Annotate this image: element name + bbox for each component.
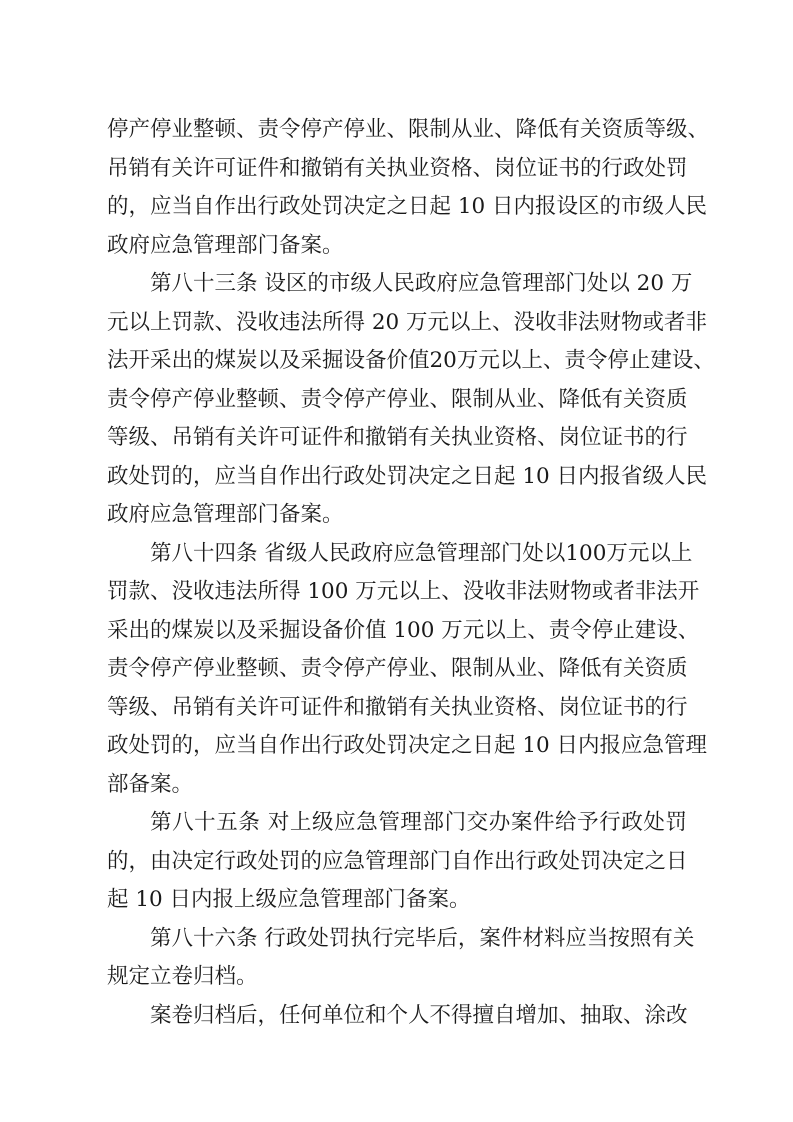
paragraph-article-84: 第八十四条 省级人民政府应急管理部门处以100万元以上 罚款、没收违法所得 10…: [107, 535, 687, 805]
text-line: 案卷归档后，任何单位和个人不得擅自增加、抽取、涂改: [107, 997, 687, 1036]
text-line: 第八十三条 设区的市级人民政府应急管理部门处以 20 万: [107, 265, 687, 304]
text-line: 罚款、没收违法所得 100 万元以上、没收非法财物或者非法开: [107, 573, 687, 612]
text-line: 政处罚的，应当自作出行政处罚决定之日起 10 日内报省级人民: [107, 458, 687, 497]
paragraph-article-83: 第八十三条 设区的市级人民政府应急管理部门处以 20 万 元以上罚款、没收违法所…: [107, 265, 687, 535]
paragraph-continuation: 停产停业整顿、责令停产停业、限制从业、降低有关资质等级、 吊销有关许可证件和撤销…: [107, 111, 687, 265]
text-line: 的，由决定行政处罚的应急管理部门自作出行政处罚决定之日: [107, 843, 687, 882]
document-body: 停产停业整顿、责令停产停业、限制从业、降低有关资质等级、 吊销有关许可证件和撤销…: [107, 111, 687, 1035]
text-line: 元以上罚款、没收违法所得 20 万元以上、没收非法财物或者非: [107, 304, 687, 343]
text-line: 起 10 日内报上级应急管理部门备案。: [107, 881, 687, 920]
text-line: 责令停产停业整顿、责令停产停业、限制从业、降低有关资质: [107, 650, 687, 689]
paragraph-article-86: 第八十六条 行政处罚执行完毕后，案件材料应当按照有关 规定立卷归档。: [107, 920, 687, 997]
text-line: 规定立卷归档。: [107, 958, 687, 997]
text-line: 第八十五条 对上级应急管理部门交办案件给予行政处罚: [107, 804, 687, 843]
text-line: 法开采出的煤炭以及采掘设备价值20万元以上、责令停止建设、: [107, 342, 687, 381]
document-page: 停产停业整顿、责令停产停业、限制从业、降低有关资质等级、 吊销有关许可证件和撤销…: [0, 0, 793, 1122]
text-line: 政处罚的，应当自作出行政处罚决定之日起 10 日内报应急管理: [107, 727, 687, 766]
text-line: 政府应急管理部门备案。: [107, 227, 687, 266]
text-line: 等级、吊销有关许可证件和撤销有关执业资格、岗位证书的行: [107, 689, 687, 728]
text-line: 吊销有关许可证件和撤销有关执业资格、岗位证书的行政处罚: [107, 150, 687, 189]
text-line: 政府应急管理部门备案。: [107, 496, 687, 535]
text-line: 第八十四条 省级人民政府应急管理部门处以100万元以上: [107, 535, 687, 574]
paragraph-article-86-continued: 案卷归档后，任何单位和个人不得擅自增加、抽取、涂改: [107, 997, 687, 1036]
paragraph-article-85: 第八十五条 对上级应急管理部门交办案件给予行政处罚 的，由决定行政处罚的应急管理…: [107, 804, 687, 920]
text-line: 等级、吊销有关许可证件和撤销有关执业资格、岗位证书的行: [107, 419, 687, 458]
text-line: 停产停业整顿、责令停产停业、限制从业、降低有关资质等级、: [107, 111, 687, 150]
text-line: 的，应当自作出行政处罚决定之日起 10 日内报设区的市级人民: [107, 188, 687, 227]
text-line: 部备案。: [107, 766, 687, 805]
text-line: 责令停产停业整顿、责令停产停业、限制从业、降低有关资质: [107, 381, 687, 420]
text-line: 第八十六条 行政处罚执行完毕后，案件材料应当按照有关: [107, 920, 687, 959]
text-line: 采出的煤炭以及采掘设备价值 100 万元以上、责令停止建设、: [107, 612, 687, 651]
